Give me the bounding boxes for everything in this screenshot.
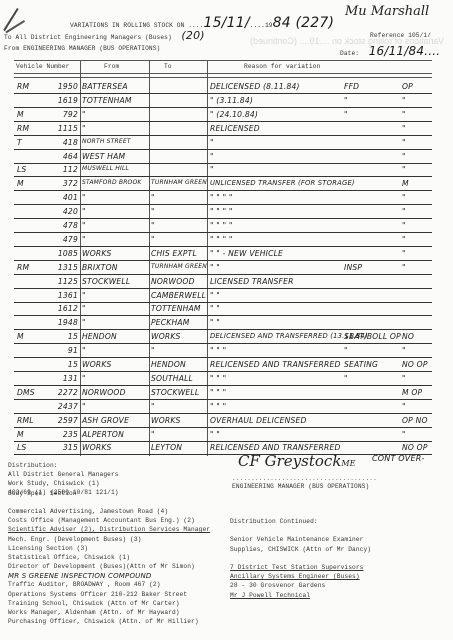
vehicle-number: 15 [38,360,78,369]
mark-2: " [402,263,406,272]
to-garage: " [151,346,155,355]
mark-2: " [402,152,406,161]
mark-2: " [402,207,406,216]
title-date: 15/11/ [203,15,249,31]
vehicle-number: 15 [38,332,78,341]
distribution-item: Purchasing Officer, Chiswick (Attn. of M… [8,618,210,627]
vehicle-number: 131 [38,374,78,383]
vehicle-class: RM [17,124,29,133]
reason: " " " [210,402,226,411]
vehicle-class: M [17,179,24,188]
reason: " (3.11.84) [210,96,253,105]
table-row: 464WEST HAM"" [14,149,432,164]
mark-1: " [344,374,348,383]
from-garage: " [82,291,86,300]
table-row: 401""" " " "" [14,190,432,205]
to-garage: " [151,235,155,244]
vehicle-number: 2597 [38,416,78,425]
mark-1: SEATING [344,360,378,369]
table-header: Vehicle Number From To Reason for variat… [14,60,432,74]
distribution-continued-item [230,555,371,564]
vehicle-number: 315 [38,443,78,452]
reason: " " [210,263,220,272]
mark-1: " [344,110,348,119]
mark-2: " [402,346,406,355]
header-from: From [104,63,119,70]
to-garage: CHIS EXPTL [151,249,197,258]
mark-1: SBAT/BOLL OP [344,332,401,341]
mark-2: " [402,249,406,258]
to-garage: TURNHAM GREEN [151,263,207,270]
distribution-item: MR S GREENE INSPECTION COMPOUND [8,572,210,581]
reason: " " " " [210,207,233,216]
table-row: 1612"TOTTENHAM" " [14,301,432,316]
table-row: 420""" " " "" [14,204,432,219]
vehicle-number: 1125 [38,277,78,286]
vehicle-number: 372 [38,179,78,188]
title-year: 84 (227) [273,15,335,31]
mark-1: FFD [344,82,359,91]
from-garage: NORWOOD [82,388,126,397]
reason: " [210,165,214,174]
distribution-item: Work Study, Chiswick (1) [8,480,210,489]
to-garage: LEYTON [151,443,182,452]
table-row: T418NORTH STREET"" [14,135,432,150]
table-row: 1125STOCKWELLNORWOODLICENSED TRANSFER [14,274,432,289]
from-garage: WORKS [82,360,112,369]
reference-number: Reference 105/1/ [370,32,431,39]
mark-2: OP NO [402,416,428,425]
table-row: 1361"CAMBERWELL" " [14,288,432,303]
from-garage: " [82,318,86,327]
table-row: 1948"PECKHAM" " [14,315,432,330]
vehicle-number: 112 [38,165,78,174]
vehicle-number: 1115 [38,124,78,133]
vehicle-class: M [17,430,24,439]
vehicle-class: T [17,138,22,147]
from-garage: " [82,124,86,133]
vehicle-class: LS [17,165,26,174]
distribution-item: Commercial Advertising, Jamestown Road (… [8,508,210,517]
distribution-item: Operations Systems Officer 210-212 Baker… [8,591,210,600]
vehicle-number: 401 [38,193,78,202]
vehicle-number: 479 [38,235,78,244]
distribution-continued-item: 7 District Test Station Supervisors [230,564,371,573]
vehicle-number: 2272 [38,388,78,397]
vehicle-class: RM [17,263,29,272]
header-to: To [164,63,172,70]
distribution-item: Costs Office (Management Accountant Bus … [8,517,210,526]
from-garage: BRIXTON [82,263,118,272]
from-garage: ASH GROVE [82,416,129,425]
to-garage: " [151,402,155,411]
vehicle-number: 235 [38,430,78,439]
table-row: RML2597ASH GROVEWORKSOVERHAUL DELICENSED… [14,413,432,428]
distribution-continued-label: Distribution Continued: [230,518,371,527]
table-row: RM1950BATTERSEADELICENSED (8.11.84)FFDOP [14,79,432,94]
mark-2: " [402,96,406,105]
signer-title: ENGINEERING MANAGER (BUS OPERATIONS) [232,483,369,490]
reason: " " [210,318,220,327]
handwritten-annotation: Mu Marshall [345,4,429,19]
mark-2: M OP [402,388,422,397]
reason: RELICENSED AND TRANSFERRED [210,360,341,369]
table-row: RM1315BRIXTONTURNHAM GREEN" "INSP" [14,260,432,275]
signature-suffix: ME [341,459,355,468]
from-garage: " [82,221,86,230]
distribution-item: Licensing Section (3) [8,545,210,554]
date-line: Date: 16/11/84.... [340,42,440,60]
from-line: From ENGINEERING MANAGER (BUS OPERATIONS… [4,45,160,52]
from-garage: " [82,304,86,313]
reason: LICENSED TRANSFER [210,277,294,286]
header-reason: Reason for variation [244,63,320,70]
from-garage: ALPERTON [82,430,124,439]
from-garage: WORKS [82,249,112,258]
vehicle-number: 1315 [38,263,78,272]
variations-table: Vehicle Number From To Reason for variat… [14,60,432,456]
form-code: 403/69 (1) (2500 10/81 121/1) [8,489,210,498]
mark-2: " [402,374,406,383]
to-garage: PECKHAM [151,318,190,327]
mark-1: " [344,96,348,105]
table-row: DMS2272NORWOODSTOCKWELL" " "M OP [14,385,432,400]
document-page: Variations of rolling stock on ....19...… [0,0,453,640]
to-garage: " [151,430,155,439]
to-garage: " [151,207,155,216]
table-row: M372STAMFORD BROOKTURNHAM GREENUNLICENSE… [14,176,432,191]
table-row: M235ALPERTON"" "" [14,427,432,442]
vehicle-number: 2437 [38,402,78,411]
vehicle-number: 792 [38,110,78,119]
from-garage: WEST HAM [82,152,125,161]
from-garage: NORTH STREET [82,138,131,145]
reason: " (24.10.84) [210,110,258,119]
reason: " " " " [210,221,233,230]
date-label: Date: [340,50,359,57]
vehicle-class: M [17,110,24,119]
vehicle-class: DMS [17,388,35,397]
vehicle-number: 1361 [38,291,78,300]
from-garage: " [82,207,86,216]
distribution-item: Scientific Adviser (2), Distribution Ser… [8,526,210,535]
from-garage: " [82,110,86,119]
to-line: To All District Engineering Managers (Bu… [4,26,205,44]
table-row: 15WORKSHENDONRELICENSED AND TRANSFERREDS… [14,357,432,372]
reason: UNLICENSED TRANSFER (FOR STORAGE) [210,179,355,187]
to-garage: HENDON [151,360,186,369]
table-row: M792"" (24.10.84)"" [14,107,432,122]
distribution-continued-item: Supplies, CHISWICK (Attn of Mr Dancy) [230,546,371,555]
distribution-item: Mech. Engr. (Development Buses) (3) [8,536,210,545]
vehicle-number: 478 [38,221,78,230]
reason: " " " " [210,193,233,202]
reason: " " " " [210,235,233,244]
vehicle-number: 1950 [38,82,78,91]
to-text: To All District Engineering Managers (Bu… [4,34,172,41]
distribution-item [8,499,210,508]
reason: OVERHAUL DELICENSED [210,416,307,425]
mark-2: " [402,193,406,202]
to-garage: STOCKWELL [151,388,199,397]
to-count: (20) [181,29,204,42]
reason: " " " [210,374,226,383]
from-garage: HENDON [82,332,117,341]
distribution-item: Traffic Auditor, BROADWAY , Room 467 (2) [8,581,210,590]
distribution-continued-item: Mr J Powell Technical [230,592,371,601]
mark-2: " [402,221,406,230]
distribution-continued-block: Distribution Continued: Senior Vehicle M… [230,518,371,601]
mark-2: " [402,110,406,119]
vehicle-number: 420 [38,207,78,216]
distribution-item: All District General Managers [8,471,210,480]
mark-2: NO OP [402,360,428,369]
distribution-item: Training School, Chiswick (Attn of Mr Ca… [8,600,210,609]
vehicle-class: RML [17,416,34,425]
from-garage: BATTERSEA [82,82,128,91]
reason: " " [210,430,220,439]
vehicle-number: 1619 [38,96,78,105]
mark-2: " [402,235,406,244]
from-garage: STOCKWELL [82,277,130,286]
from-garage: MUSWELL HILL [82,165,129,172]
table-row: RM1115"RELICENSED" [14,121,432,136]
to-garage: TURNHAM GREEN [151,179,207,186]
mark-2: " [402,124,406,133]
reason: " [210,138,214,147]
spacer [230,527,371,536]
table-row: M15HENDONWORKSDELICENSED AND TRANSFERRED… [14,329,432,344]
from-garage: STAMFORD BROOK [82,179,142,186]
mark-2: M [402,179,409,188]
distribution-item: Statistical Office, Chiswick (1) [8,554,210,563]
from-garage: " [82,402,86,411]
distribution-label: Distribution: [8,462,210,471]
table-row: LS315WORKSLEYTONRELICENSED AND TRANSFERR… [14,440,432,455]
distribution-item: Works Manager, Aldenham (Attn. of Mr Hay… [8,609,210,618]
distribution-continued-item: Senior Vehicle Maintenance Examiner [230,536,371,545]
reason: DELICENSED (8.11.84) [210,82,300,91]
date-value: 16/11/84.... [369,44,441,58]
table-row: 2437""" " "" [14,399,432,414]
reason: " [210,152,214,161]
to-garage: SOUTHALL [151,374,193,383]
to-garage: " [151,193,155,202]
mark-2: OP [402,82,413,91]
mark-1: " [344,346,348,355]
from-garage: " [82,235,86,244]
header-vehicle-number: Vehicle Number [16,63,69,70]
signature-line: ...................................... [232,475,377,482]
vehicle-number: 1612 [38,304,78,313]
to-garage: WORKS [151,332,181,341]
reason: " " " [210,346,226,355]
table-row: LS112MUSWELL HILL"" [14,162,432,177]
table-row: 1085WORKSCHIS EXPTL" " - NEW VEHICLE" [14,246,432,261]
distribution-list: All District General ManagersWork Study,… [8,471,210,480]
from-garage: " [82,193,86,202]
table-row: 479""" " " "" [14,232,432,247]
table-row: 91""" " """ [14,343,432,358]
vehicle-number: 1085 [38,249,78,258]
signature: CF GreystockME [238,452,355,470]
reason: RELICENSED [210,124,260,133]
from-garage: WORKS [82,443,112,452]
from-garage: " [82,374,86,383]
distribution-continued-list: Senior Vehicle Maintenance ExaminerSuppl… [230,536,371,600]
vehicle-class: M [17,332,24,341]
vehicle-class: LS [17,443,26,452]
table-row: 478""" " " "" [14,218,432,233]
to-garage: CAMBERWELL [151,291,206,300]
mark-2: NO [402,332,414,341]
vehicle-number: 1948 [38,318,78,327]
from-garage: TOTTENHAM [82,96,132,105]
vehicle-class: RM [17,82,29,91]
mark-2: " [402,165,406,174]
header-rule [14,77,432,78]
table-row: 131"SOUTHALL" " """ [14,371,432,386]
reason: " " - NEW VEHICLE [210,249,283,258]
reason: " " " [210,388,226,397]
vehicle-number: 91 [38,346,78,355]
continued-over-note: CONT OVER- [372,454,425,463]
table-row: 1619TOTTENHAM" (3.11.84)"" [14,93,432,108]
reason: " " [210,304,220,313]
distribution-block: Distribution: All District General Manag… [8,462,210,499]
mark-2: " [402,138,406,147]
to-garage: " [151,221,155,230]
mark-1: INSP [344,263,362,272]
vehicle-number: 464 [38,152,78,161]
mark-2: " [402,430,406,439]
vehicle-number: 418 [38,138,78,147]
mark-2: NO OP [402,443,428,452]
distribution-continued-item: 28 - 30 Grosvenor Gardens [230,582,371,591]
title-year-prefix: ....19 [250,22,273,29]
distribution-continued-item: Ancillary Systems Engineer (Buses) [230,573,371,582]
distribution-item: Director of Development (Buses)(Attn of … [8,563,210,572]
to-garage: WORKS [151,416,181,425]
signature-name: CF Greystock [238,452,341,470]
from-garage: " [82,346,86,355]
to-garage: NORWOOD [151,277,195,286]
to-garage: TOTTENHAM [151,304,201,313]
reason: " " [210,291,220,300]
mark-2: " [402,402,406,411]
